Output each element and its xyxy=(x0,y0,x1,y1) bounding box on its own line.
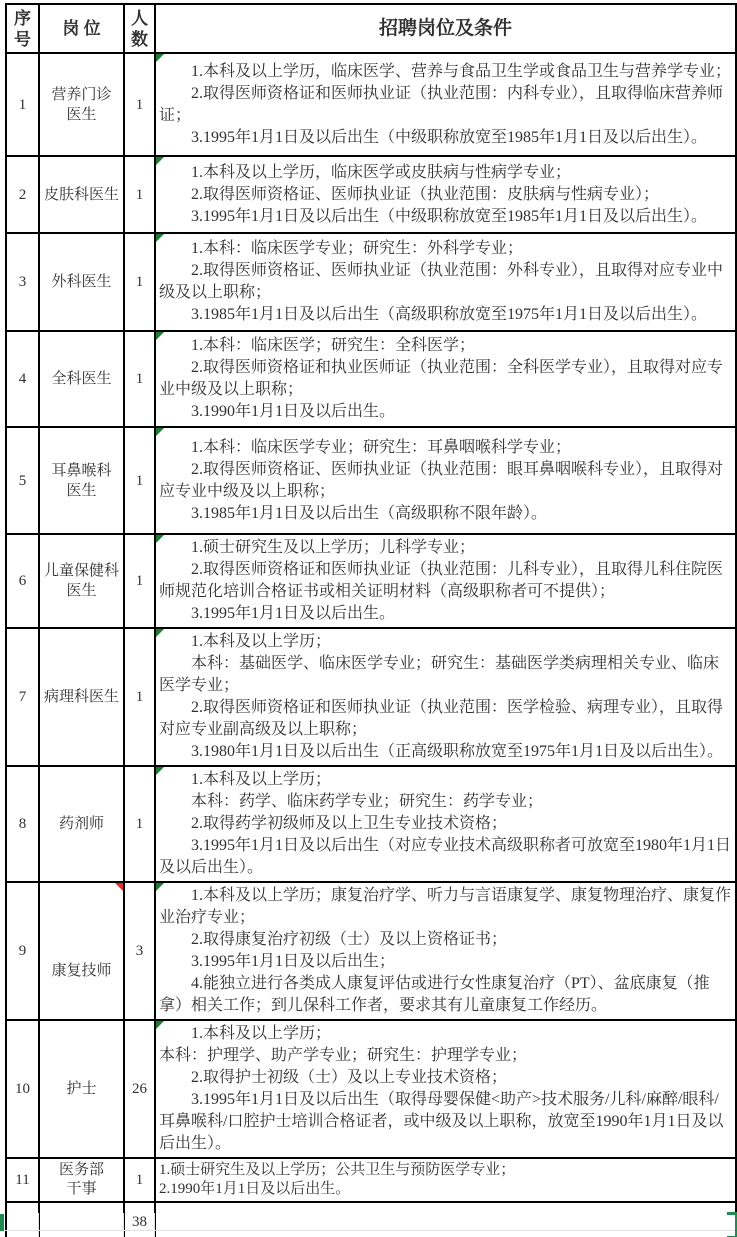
recruitment-table: 序 号 岗 位 人 数 招聘岗位及条件 1 营养门诊 医生 1 1.本科及以上学… xyxy=(5,3,737,1237)
cell-conditions-6[interactable]: 1.硕士研究生及以上学历；儿科学专业； 2.取得医师资格证和医师执业证（执业范围… xyxy=(155,534,736,628)
cell-conditions-1[interactable]: 1.本科及以上学历，临床医学、营养与食品卫生学或食品卫生与营养学专业； 2.取得… xyxy=(155,53,736,156)
condition-line: 2.取得医师资格证、医师执业证（执业范围：皮肤病与性病专业）； xyxy=(159,184,732,206)
condition-line: 3.1980年1月1日及以后出生（正高级职称放宽至1975年1月1日及以后出生）… xyxy=(159,741,732,763)
cell-post-5[interactable]: 耳鼻喉科 医生 xyxy=(39,427,124,534)
condition-line: 3.1985年1月1日及以后出生（高级职称不限年龄）。 xyxy=(159,503,732,525)
cell-count-11[interactable]: 1 xyxy=(124,1158,155,1202)
condition-line: 3.1995年1月1日及以后出生（对应专业技术高级职称者可放宽至1980年1月1… xyxy=(159,835,732,879)
table-row: 9 康复技师 3 1.本科及以上学历；康复治疗学、听力与言语康复学、康复物理治疗… xyxy=(6,882,736,1020)
cell-flag-icon xyxy=(156,629,164,637)
cell-post-3[interactable]: 外科医生 xyxy=(39,233,124,331)
cell-seq-1[interactable]: 1 xyxy=(6,53,39,156)
cell-count-6[interactable]: 1 xyxy=(124,534,155,628)
condition-line: 本科：药学、临床药学专业；研究生：药学专业； xyxy=(159,791,732,813)
table-row: 7 病理科医生 1 1.本科及以上学历； 本科：基础医学、临床医学专业；研究生：… xyxy=(6,628,736,766)
selection-border-right[interactable] xyxy=(727,1212,737,1237)
cell-count-1[interactable]: 1 xyxy=(124,53,155,156)
cell-count-2[interactable]: 1 xyxy=(124,156,155,233)
cell-post-7[interactable]: 病理科医生 xyxy=(39,628,124,766)
cell-seq-9[interactable]: 9 xyxy=(6,882,39,1020)
table-row: 4 全科医生 1 1.本科：临床医学；研究生：全科医学； 2.取得医师资格证和执… xyxy=(6,331,736,427)
condition-line: 3.1995年1月1日及以后出生（中级职称放宽至1985年1月1日及以后出生）。 xyxy=(159,127,732,149)
cell-flag-icon xyxy=(156,767,164,775)
cell-count-8[interactable]: 1 xyxy=(124,766,155,882)
cell-post-9[interactable]: 康复技师 xyxy=(39,882,124,1020)
cell-conditions-11[interactable]: 1.硕士研究生及以上学历；公共卫生与预防医学专业； 2.1990年1月1日及以后… xyxy=(155,1158,736,1202)
cell-seq-3[interactable]: 3 xyxy=(6,233,39,331)
cell-post-10[interactable]: 护士 xyxy=(39,1020,124,1158)
cell-count-9[interactable]: 3 xyxy=(124,882,155,1020)
cell-seq-6[interactable]: 6 xyxy=(6,534,39,628)
cell-post-total[interactable] xyxy=(39,1202,124,1237)
condition-line: 3.1995年1月1日及以后出生； xyxy=(159,951,732,973)
cell-flag-icon xyxy=(156,535,164,543)
condition-line: 2.取得医师资格证和医师执业证（执业范围：内科专业），且取得临床营养师证； xyxy=(159,83,732,127)
condition-line: 1.本科及以上学历； xyxy=(159,769,732,791)
condition-line: 本科：护理学、助产学专业；研究生：护理学专业； xyxy=(159,1045,732,1067)
header-row: 序 号 岗 位 人 数 招聘岗位及条件 xyxy=(6,4,736,53)
condition-line: 1.本科及以上学历，临床医学或皮肤病与性病学专业； xyxy=(159,162,732,184)
gridline xyxy=(0,1230,737,1231)
cell-count-4[interactable]: 1 xyxy=(124,331,155,427)
cell-count-7[interactable]: 1 xyxy=(124,628,155,766)
cell-seq-4[interactable]: 4 xyxy=(6,331,39,427)
cell-post-4[interactable]: 全科医生 xyxy=(39,331,124,427)
comment-flag-icon xyxy=(115,883,123,891)
cell-seq-5[interactable]: 5 xyxy=(6,427,39,534)
cell-seq-2[interactable]: 2 xyxy=(6,156,39,233)
cell-count-3[interactable]: 1 xyxy=(124,233,155,331)
condition-line: 3.1995年1月1日及以后出生（中级职称放宽至1985年1月1日及以后出生）。 xyxy=(159,206,732,228)
cell-post-1[interactable]: 营养门诊 医生 xyxy=(39,53,124,156)
cell-conditions-10[interactable]: 1.本科及以上学历； 本科：护理学、助产学专业；研究生：护理学专业； 2.取得护… xyxy=(155,1020,736,1158)
cell-flag-icon xyxy=(156,428,164,436)
table-row: 11 医务部 干事 1 1.硕士研究生及以上学历；公共卫生与预防医学专业； 2.… xyxy=(6,1158,736,1202)
selection-border-left[interactable] xyxy=(0,1214,4,1231)
table-row: 5 耳鼻喉科 医生 1 1.本科：临床医学专业；研究生：耳鼻咽喉科学专业； 2.… xyxy=(6,427,736,534)
condition-line: 1.本科及以上学历； xyxy=(159,631,732,653)
gridline xyxy=(38,1213,39,1237)
cell-conditions-3[interactable]: 1.本科：临床医学专业；研究生：外科学专业； 2.取得医师资格证、医师执业证（执… xyxy=(155,233,736,331)
gridline xyxy=(154,1213,155,1237)
cell-post-2[interactable]: 皮肤科医生 xyxy=(39,156,124,233)
cell-seq-8[interactable]: 8 xyxy=(6,766,39,882)
condition-line: 2.取得护士初级（士）及以上专业技术资格； xyxy=(159,1067,732,1089)
cell-flag-icon xyxy=(156,54,164,62)
condition-line: 1.本科及以上学历；康复治疗学、听力与言语康复学、康复物理治疗、康复作业治疗专业… xyxy=(159,885,732,929)
condition-line: 3.1995年1月1日及以后出生（取得母婴保健<助产>技术服务/儿科/麻醉/眼科… xyxy=(159,1089,732,1155)
table-row: 3 外科医生 1 1.本科：临床医学专业；研究生：外科学专业； 2.取得医师资格… xyxy=(6,233,736,331)
cell-flag-icon xyxy=(156,1021,164,1029)
condition-line: 2.取得康复治疗初级（士）及以上资格证书； xyxy=(159,929,732,951)
cell-post-6[interactable]: 儿童保健科 医生 xyxy=(39,534,124,628)
cell-flag-icon xyxy=(156,157,164,165)
cell-post-8[interactable]: 药剂师 xyxy=(39,766,124,882)
condition-line: 1.本科：临床医学专业；研究生：外科学专业； xyxy=(159,238,732,260)
condition-line: 1.本科：临床医学；研究生：全科医学； xyxy=(159,335,732,357)
table-row: 1 营养门诊 医生 1 1.本科及以上学历，临床医学、营养与食品卫生学或食品卫生… xyxy=(6,53,736,156)
cell-conditions-8[interactable]: 1.本科及以上学历； 本科：药学、临床药学专业；研究生：药学专业； 2.取得药学… xyxy=(155,766,736,882)
table-row: 10 护士 26 1.本科及以上学历； 本科：护理学、助产学专业；研究生：护理学… xyxy=(6,1020,736,1158)
condition-line: 1.本科及以上学历； xyxy=(159,1023,732,1045)
cell-conditions-2[interactable]: 1.本科及以上学历，临床医学或皮肤病与性病学专业； 2.取得医师资格证、医师执业… xyxy=(155,156,736,233)
cell-flag-icon xyxy=(156,883,164,891)
condition-line: 本科：基础医学、临床医学专业；研究生：基础医学类病理相关专业、临床医学专业； xyxy=(159,653,732,697)
cell-conditions-7[interactable]: 1.本科及以上学历； 本科：基础医学、临床医学专业；研究生：基础医学类病理相关专… xyxy=(155,628,736,766)
condition-line: 3.1990年1月1日及以后出生。 xyxy=(159,401,732,423)
gridline xyxy=(123,1213,124,1237)
header-post[interactable]: 岗 位 xyxy=(39,4,124,53)
cell-conditions-total[interactable] xyxy=(155,1202,736,1237)
table-row: 6 儿童保健科 医生 1 1.硕士研究生及以上学历；儿科学专业； 2.取得医师资… xyxy=(6,534,736,628)
condition-line: 2.取得药学初级师及以上卫生专业技术资格； xyxy=(159,813,732,835)
cell-flag-icon xyxy=(156,332,164,340)
cell-conditions-5[interactable]: 1.本科：临床医学专业；研究生：耳鼻咽喉科学专业； 2.取得医师资格证、医师执业… xyxy=(155,427,736,534)
cell-post-11[interactable]: 医务部 干事 xyxy=(39,1158,124,1202)
header-count[interactable]: 人 数 xyxy=(124,4,155,53)
condition-line: 1.硕士研究生及以上学历；公共卫生与预防医学专业； xyxy=(159,1161,732,1180)
condition-line: 3.1985年1月1日及以后出生（高级职称放宽至1975年1月1日及以后出生）。 xyxy=(159,304,732,326)
cell-conditions-4[interactable]: 1.本科：临床医学；研究生：全科医学； 2.取得医师资格证和执业医师证（执业范围… xyxy=(155,331,736,427)
condition-line: 2.取得医师资格证和医师执业证（执业范围：儿科专业），且取得儿科住院医师规范化培… xyxy=(159,559,732,603)
condition-line: 2.取得医师资格证、医师执业证（执业范围：外科专业），且取得对应专业中级及以上职… xyxy=(159,260,732,304)
condition-line: 1.本科：临床医学专业；研究生：耳鼻咽喉科学专业； xyxy=(159,437,732,459)
cell-seq-7[interactable]: 7 xyxy=(6,628,39,766)
cell-seq-11[interactable]: 11 xyxy=(6,1158,39,1202)
condition-line: 2.1990年1月1日及以后出生。 xyxy=(159,1180,732,1199)
cell-seq-10[interactable]: 10 xyxy=(6,1020,39,1158)
header-conditions[interactable]: 招聘岗位及条件 xyxy=(155,4,736,53)
table-row: 8 药剂师 1 1.本科及以上学历； 本科：药学、临床药学专业；研究生：药学专业… xyxy=(6,766,736,882)
table-row: 2 皮肤科医生 1 1.本科及以上学历，临床医学或皮肤病与性病学专业； 2.取得… xyxy=(6,156,736,233)
condition-line: 2.取得医师资格证和医师执业证（执业范围：医学检验、病理专业），且取得对应专业副… xyxy=(159,697,732,741)
condition-line: 2.取得医师资格证、医师执业证（执业范围：眼耳鼻咽喉科专业），且取得对应专业中级… xyxy=(159,459,732,503)
cell-count-total[interactable]: 38 xyxy=(124,1202,155,1237)
condition-line: 3.1995年1月1日及以后出生。 xyxy=(159,603,732,625)
cell-seq-total[interactable] xyxy=(6,1202,39,1237)
cell-conditions-9[interactable]: 1.本科及以上学历；康复治疗学、听力与言语康复学、康复物理治疗、康复作业治疗专业… xyxy=(155,882,736,1020)
total-row: 38 xyxy=(6,1202,736,1237)
cell-count-10[interactable]: 26 xyxy=(124,1020,155,1158)
condition-line: 2.取得医师资格证和执业医师证（执业范围：全科医学专业），且取得对应专业中级及以… xyxy=(159,357,732,401)
condition-line: 1.硕士研究生及以上学历；儿科学专业； xyxy=(159,537,732,559)
post-text: 康复技师 xyxy=(51,963,111,979)
condition-line: 1.本科及以上学历，临床医学、营养与食品卫生学或食品卫生与营养学专业； xyxy=(159,61,732,83)
header-seq[interactable]: 序 号 xyxy=(6,4,39,53)
condition-line: 4.能独立进行各类成人康复评估或进行女性康复治疗（PT）、盆底康复（推拿）相关工… xyxy=(159,973,732,1017)
cell-flag-icon xyxy=(156,234,164,242)
cell-count-5[interactable]: 1 xyxy=(124,427,155,534)
